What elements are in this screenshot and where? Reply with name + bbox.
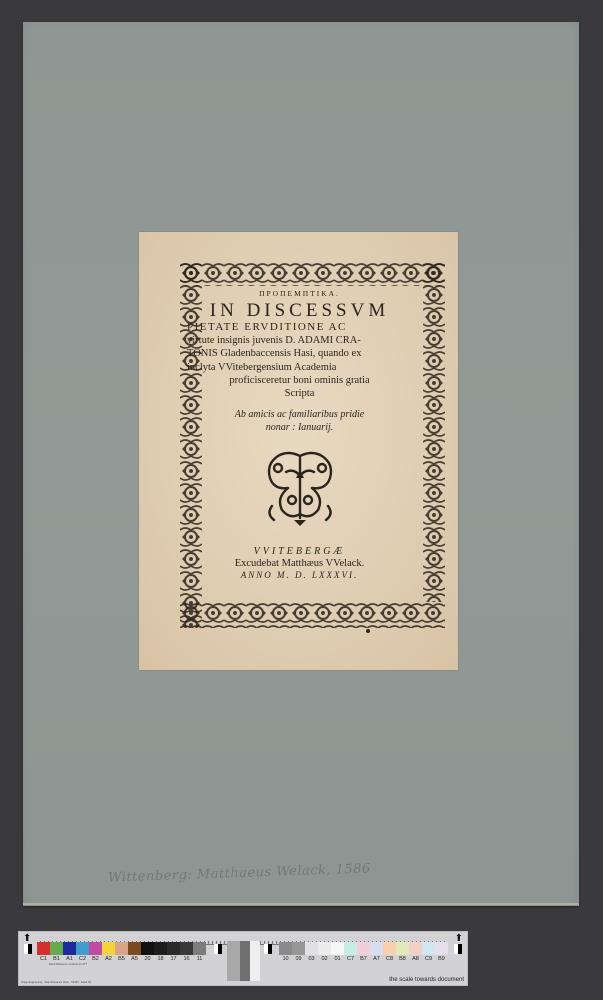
title-line-2: PIETATE ERVDITIONE AC	[187, 321, 412, 334]
body-line: inclyta VVitebergensium Academia	[187, 361, 412, 374]
gray-balance-patch	[24, 944, 32, 954]
gray-balance-patch	[454, 944, 462, 954]
patch-reference-note: Patch Reference numbers on UTT	[49, 963, 87, 966]
patch-label: B7	[357, 956, 370, 962]
title-line-1: IN DISCESSVM	[187, 301, 412, 321]
patch-label: A7	[370, 956, 383, 962]
printers-fleuron-icon	[258, 448, 342, 528]
patch-label: C8	[383, 956, 396, 962]
color-patches-left	[37, 942, 206, 955]
body-line: proficisceretur boni ominis gratia	[187, 374, 412, 387]
color-patch	[305, 942, 318, 955]
gray-balance-patch	[264, 944, 272, 954]
imprint-city: VVITEBERGÆ	[187, 546, 412, 557]
color-patch	[435, 942, 448, 955]
color-patch	[331, 942, 344, 955]
patch-label: 17	[167, 956, 180, 962]
greek-heading: ΠΡΟΠΕΜΠΤΙΚΑ.	[187, 289, 412, 298]
patch-label: 20	[141, 956, 154, 962]
woodcut-border-icon	[423, 262, 445, 602]
patch-label: A2	[102, 956, 115, 962]
color-patch	[422, 942, 435, 955]
patch-label: C7	[344, 956, 357, 962]
color-patch	[76, 942, 89, 955]
patch-label: 03	[305, 956, 318, 962]
color-patch	[357, 942, 370, 955]
body-line: virtute insignis juvenis D. ADAMI CRA-	[187, 334, 412, 347]
patch-label: A8	[409, 956, 422, 962]
patch-labels-right: 10 09 03 02 01 C7 B7 A7 C8 B8 A8 C9 B9	[279, 956, 448, 962]
color-patch	[396, 942, 409, 955]
color-patch	[180, 942, 193, 955]
body-line-scripta: Scripta	[187, 387, 412, 400]
patch-label: C2	[76, 956, 89, 962]
color-patch	[50, 942, 63, 955]
gray-scale-card	[227, 941, 260, 981]
color-patch	[115, 942, 128, 955]
color-patch	[167, 942, 180, 955]
color-patch	[370, 942, 383, 955]
patch-label: 02	[318, 956, 331, 962]
patch-label: A1	[63, 956, 76, 962]
color-patch	[102, 942, 115, 955]
up-arrow-icon: ⬆	[23, 933, 31, 944]
imprint-printer: Excudebat Matthæus VVelack.	[187, 557, 412, 570]
color-patch	[292, 942, 305, 955]
up-arrow-icon: ⬆	[455, 933, 463, 944]
title-page: ΠΡΟΠΕΜΠΤΙΚΑ. IN DISCESSVM PIETATE ERVDIT…	[139, 232, 458, 670]
patch-label: 11	[193, 956, 206, 962]
patch-label: 16	[180, 956, 193, 962]
patch-label: B5	[115, 956, 128, 962]
color-patch	[37, 942, 50, 955]
color-patches-right	[279, 942, 448, 955]
patch-label: B8	[396, 956, 409, 962]
color-calibration-target: ⬆ ⬆ C1 B1 A1 C2 B2 A2 B5 A5 20 18 17 16 …	[18, 931, 468, 986]
gray-balance-patch	[214, 944, 222, 954]
patch-label: 01	[331, 956, 344, 962]
mounting-board-edge	[23, 903, 579, 905]
color-patch	[128, 942, 141, 955]
ink-dot	[366, 629, 370, 633]
woodcut-border-icon	[180, 602, 445, 628]
patch-label: 10	[279, 956, 292, 962]
patch-label: A5	[128, 956, 141, 962]
patch-label: 09	[292, 956, 305, 962]
dedication-line-2: nonar : Ianuarij.	[187, 421, 412, 434]
patch-label: C1	[37, 956, 50, 962]
title-text-block: ΠΡΟΠΕΜΠΤΙΚΑ. IN DISCESSVM PIETATE ERVDIT…	[187, 262, 412, 580]
color-patch	[344, 942, 357, 955]
patch-label: B1	[50, 956, 63, 962]
patch-label: 18	[154, 956, 167, 962]
color-patch	[193, 942, 206, 955]
color-patch	[279, 942, 292, 955]
patch-labels-left: C1 B1 A1 C2 B2 A2 B5 A5 20 18 17 16 11	[37, 956, 206, 962]
target-caption: the scale towards document	[389, 977, 464, 983]
patch-label: B2	[89, 956, 102, 962]
patch-label: C9	[422, 956, 435, 962]
color-patch	[409, 942, 422, 955]
color-patch	[63, 942, 76, 955]
patch-label: B9	[435, 956, 448, 962]
color-patch	[383, 942, 396, 955]
target-fine-print: Image Engineering · Scan Reference Chart…	[21, 981, 92, 984]
dedication-line-1: Ab amicis ac familiaribus pridie	[187, 408, 412, 421]
color-patch	[154, 942, 167, 955]
imprint-year: ANNO M. D. LXXXVI.	[187, 570, 412, 580]
color-patch	[318, 942, 331, 955]
color-patch	[141, 942, 154, 955]
body-line: TONIS Gladenbaccensis Hasi, quando ex	[187, 347, 412, 360]
color-patch	[89, 942, 102, 955]
